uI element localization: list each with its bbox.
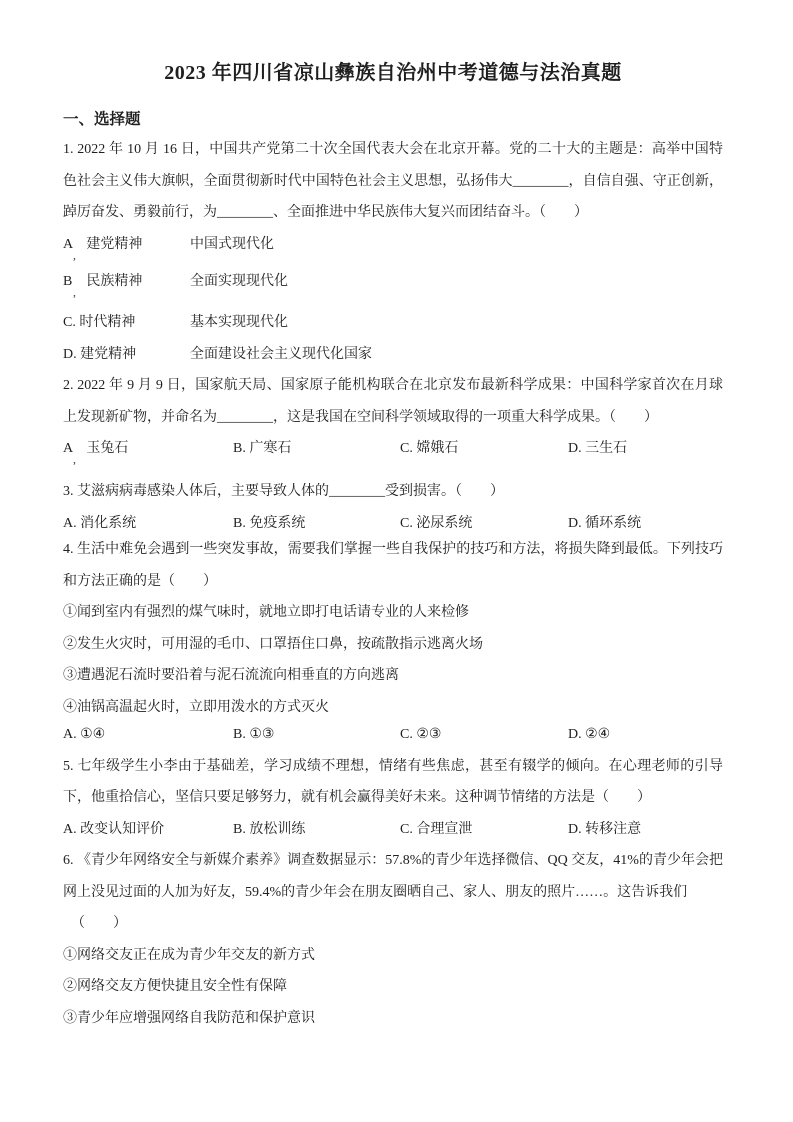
q3-option-a: A. 消化系统 <box>63 508 233 540</box>
q2-option-d: D. 三生石 <box>568 433 723 465</box>
q4-option-a: A. ①④ <box>63 719 233 751</box>
q4-option-d: D. ②④ <box>568 719 723 751</box>
q1-option-b-value: 全面实现现代化 <box>190 266 723 298</box>
q1-option-c-value: 基本实现现代化 <box>190 307 723 339</box>
q6-item-2: ②网络交友方便快捷且安全性有保障 <box>63 971 723 1003</box>
q1-option-a-row: A 建党精神 , 中国式现代化 <box>63 229 723 261</box>
stray-comma-mark: , <box>73 287 76 297</box>
q3-options-row: A. 消化系统 B. 免疫系统 C. 泌尿系统 D. 循环系统 <box>63 508 723 540</box>
exam-page: 2023 年四川省凉山彝族自治州中考道德与法治真题 一、选择题 1. 2022 … <box>0 0 793 1122</box>
q5-option-b: B. 放松训练 <box>233 814 400 846</box>
document-title: 2023 年四川省凉山彝族自治州中考道德与法治真题 <box>63 58 723 88</box>
q1-option-d-value: 全面建设社会主义现代化国家 <box>190 339 723 371</box>
q3-stem: 3. 艾滋病病毒感染人体后，主要导致人体的________受到损害。（ ） <box>63 476 723 508</box>
q1-stem: 1. 2022 年 10 月 16 日，中国共产党第二十次全国代表大会在北京开幕… <box>63 134 723 229</box>
section-1-heading: 一、选择题 <box>63 108 723 132</box>
q6-item-3: ③青少年应增强网络自我防范和保护意识 <box>63 1003 723 1035</box>
q1-option-d-label: D. 建党精神 <box>63 339 190 371</box>
q2-option-a: A 玉兔石 , <box>63 433 233 465</box>
q1-option-b-row: B 民族精神 , 全面实现现代化 <box>63 266 723 298</box>
q1-option-c-row: C. 时代精神 基本实现现代化 <box>63 307 723 339</box>
q4-options-row: A. ①④ B. ①③ C. ②③ D. ②④ <box>63 719 723 751</box>
q4-item-1: ①闻到室内有强烈的煤气味时，就地立即打电话请专业的人来检修 <box>63 597 723 629</box>
q4-option-b: B. ①③ <box>233 719 400 751</box>
q5-option-d: D. 转移注意 <box>568 814 723 846</box>
q1-option-d-row: D. 建党精神 全面建设社会主义现代化国家 <box>63 339 723 371</box>
stray-comma-mark: , <box>73 454 76 464</box>
q5-option-c: C. 合理宣泄 <box>400 814 568 846</box>
stray-comma-mark: , <box>73 250 76 260</box>
q1-option-c-label: C. 时代精神 <box>63 307 190 339</box>
q5-stem: 5. 七年级学生小李由于基础差，学习成绩不理想，情绪有些焦虑，甚至有辍学的倾向。… <box>63 751 723 814</box>
q3-option-d: D. 循环系统 <box>568 508 723 540</box>
q1-option-a-label: A 建党精神 , <box>63 229 190 261</box>
q1-option-b-label: B 民族精神 , <box>63 266 190 298</box>
q2-options-row: A 玉兔石 , B. 广寒石 C. 嫦娥石 D. 三生石 <box>63 433 723 465</box>
q2-option-c: C. 嫦娥石 <box>400 433 568 465</box>
q5-option-a: A. 改变认知评价 <box>63 814 233 846</box>
q6-item-1: ①网络交友正在成为青少年交友的新方式 <box>63 940 723 972</box>
q2-option-b: B. 广寒石 <box>233 433 400 465</box>
q4-stem: 4. 生活中难免会遇到一些突发事故，需要我们掌握一些自我保护的技巧和方法，将损失… <box>63 534 723 597</box>
q3-option-b: B. 免疫系统 <box>233 508 400 540</box>
q4-item-2: ②发生火灾时，可用湿的毛巾、口罩捂住口鼻，按疏散指示逃离火场 <box>63 629 723 661</box>
q1-option-a-value: 中国式现代化 <box>190 229 723 261</box>
q4-option-c: C. ②③ <box>400 719 568 751</box>
q3-option-c: C. 泌尿系统 <box>400 508 568 540</box>
q2-stem: 2. 2022 年 9 月 9 日，国家航天局、国家原子能机构联合在北京发布最新… <box>63 370 723 433</box>
q6-stem: 6. 《青少年网络安全与新媒介素养》调查数据显示：57.8%的青少年选择微信、Q… <box>63 845 723 908</box>
q4-item-3: ③遭遇泥石流时要沿着与泥石流流向相垂直的方向逃离 <box>63 660 723 692</box>
q5-options-row: A. 改变认知评价 B. 放松训练 C. 合理宣泄 D. 转移注意 <box>63 814 723 846</box>
q6-answer-bracket: （ ） <box>63 908 723 940</box>
